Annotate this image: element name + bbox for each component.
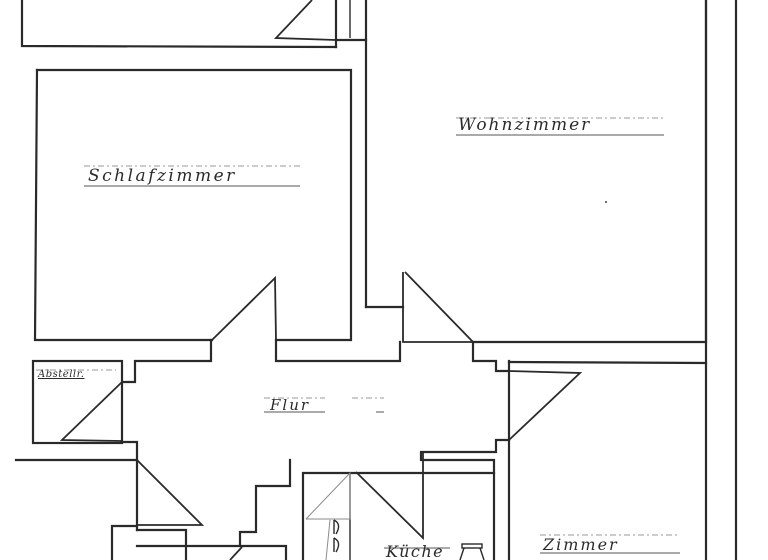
door-swing-icon [403, 272, 473, 342]
label-schlafzimmer: Schlafzimmer [88, 166, 237, 186]
lower-left-rooms [112, 526, 286, 560]
door-swing-icon [137, 460, 202, 525]
door-swing-icon [509, 371, 580, 440]
door-swing-icon [356, 452, 423, 538]
label-zimmer: Zimmer [543, 535, 619, 554]
floor-plan [0, 0, 768, 560]
door-swing-icon [276, 0, 336, 40]
door-swing-icon [230, 547, 242, 560]
room-zimmer [509, 362, 706, 553]
room-flur [16, 340, 509, 560]
stool-icon [460, 544, 484, 560]
door-swing-icon [62, 382, 122, 441]
door-swing-icon [212, 278, 276, 340]
label-abstellraum: Abstellr. [38, 369, 84, 380]
room-wohnzimmer [366, 0, 706, 342]
label-flur: Flur [270, 396, 310, 414]
label-kueche: Küche [386, 542, 444, 560]
stove-icon [326, 520, 339, 560]
label-wohnzimmer: Wohnzimmer [458, 115, 591, 135]
room-schlafzimmer [35, 70, 351, 340]
top-left-room [22, 0, 366, 47]
